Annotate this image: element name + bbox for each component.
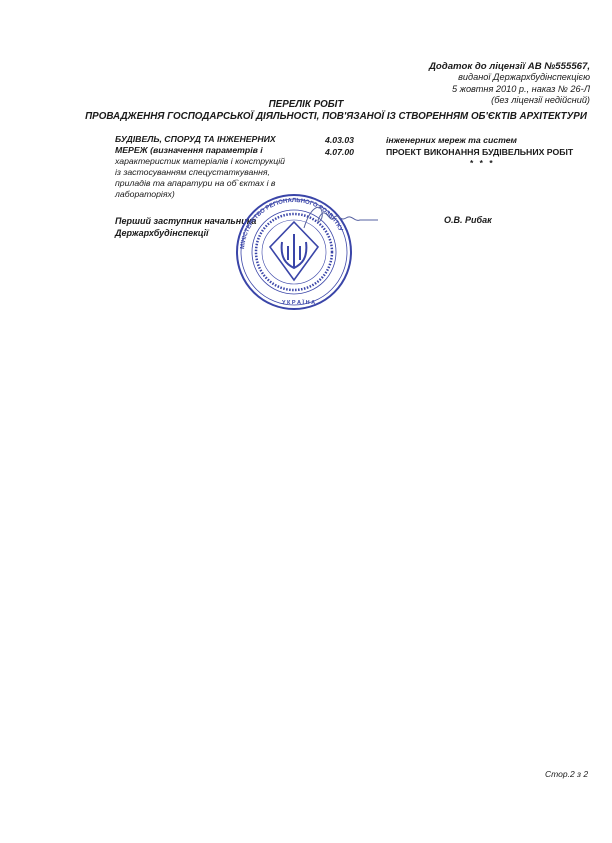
work-description: інженерних мереж та систем: [386, 134, 573, 146]
svg-text:У К Р А Ї Н А: У К Р А Ї Н А: [282, 299, 315, 306]
continuation-line: МЕРЕЖ (визначення параметрів і: [115, 145, 315, 156]
continuation-line: характеристик матеріалів і конструкцій: [115, 156, 315, 167]
work-code: 4.07.00: [325, 146, 354, 158]
work-descriptions: інженерних мереж та систем ПРОЕКТ ВИКОНА…: [386, 134, 573, 158]
page-number: Стор.2 з 2: [545, 769, 588, 779]
work-description: ПРОЕКТ ВИКОНАННЯ БУДІВЕЛЬНИХ РОБІТ: [386, 146, 573, 158]
continuation-line: БУДІВЕЛЬ, СПОРУД ТА ІНЖЕНЕРНИХ: [115, 134, 315, 145]
addendum-line-2: виданої Держархбудінспекцією: [429, 72, 590, 83]
continuation-line: приладів та апаратури на об`єктах і в: [115, 178, 315, 189]
signatory-name: О.В. Рибак: [444, 215, 492, 225]
continuation-line: із застосуванням спецустаткування,: [115, 167, 315, 178]
title-line-2: ПРОВАДЖЕННЯ ГОСПОДАРСЬКОЇ ДІЯЛЬНОСТІ, ПО…: [0, 111, 612, 123]
document-title: ПЕРЕЛІК РОБІТ ПРОВАДЖЕННЯ ГОСПОДАРСЬКОЇ …: [0, 99, 612, 122]
title-line-1: ПЕРЕЛІК РОБІТ: [0, 99, 612, 111]
continuation-text: БУДІВЕЛЬ, СПОРУД ТА ІНЖЕНЕРНИХ МЕРЕЖ (ви…: [115, 134, 315, 200]
addendum-line-3: 5 жовтня 2010 р., наказ № 26-Л: [429, 84, 590, 95]
addendum-line-1: Додаток до ліцензії АВ №555567,: [429, 61, 590, 72]
separator-stars: * * *: [470, 158, 495, 168]
handwritten-signature-icon: [300, 198, 380, 238]
work-codes: 4.03.03 4.07.00: [325, 134, 354, 158]
work-code: 4.03.03: [325, 134, 354, 146]
